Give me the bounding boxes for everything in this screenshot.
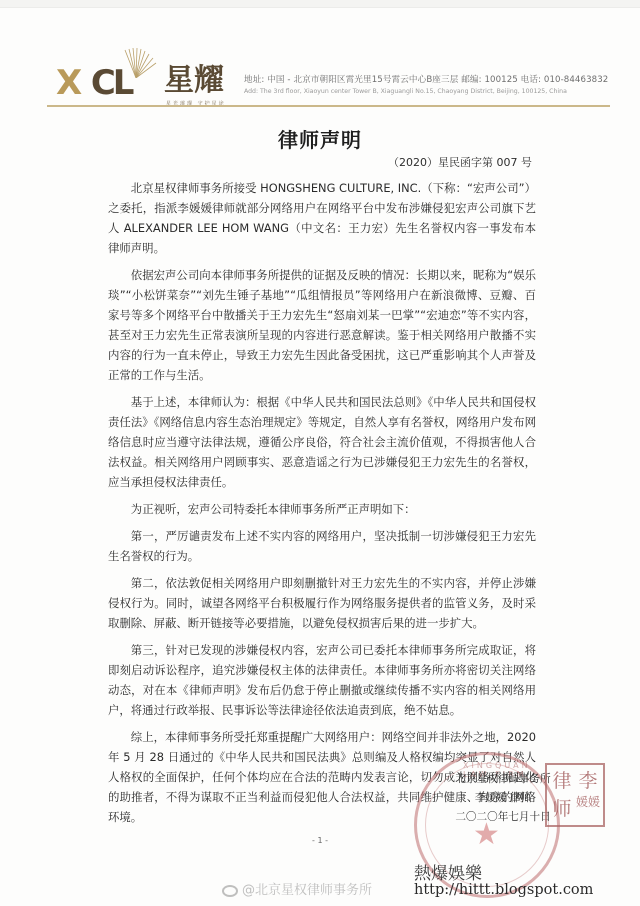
reference-number: （2020）星民函字第 007 号 bbox=[388, 154, 532, 170]
seal-char: 李 bbox=[575, 767, 601, 795]
paragraph-point-three: 第三，针对已发现的涉嫌侵权内容，宏声公司已委托本律师事务所完成取证，将即刻启动诉… bbox=[108, 640, 536, 720]
letterhead: X CL 星耀 星光璀璨 守护星途 地址: 中国 - 北京市朝阳区霄光里15号霄… bbox=[44, 40, 604, 110]
logo-cl-mark: CL bbox=[82, 66, 131, 100]
weibo-icon bbox=[222, 885, 238, 897]
logo-chinese-name: 星耀 bbox=[164, 66, 224, 96]
logo-x-mark: X bbox=[56, 66, 80, 100]
lawyer-square-seal: 李 律 师 媛媛 bbox=[545, 763, 605, 827]
document-page: X CL 星耀 星光璀璨 守护星途 地址: 中国 - 北京市朝阳区霄光里15号霄… bbox=[0, 0, 640, 906]
seal-char: 律 bbox=[549, 767, 575, 795]
paragraph-legal-basis: 基于上述，本律师认为：根据《中华人民共和国民法总则》《中华人民共和国侵权责任法》… bbox=[108, 392, 536, 492]
paragraph-point-two: 第二，依法敦促相关网络用户即刻删撤针对王力宏先生的不实内容，并停止涉嫌侵权行为。… bbox=[108, 573, 536, 633]
signature-firm: 北京星权律师事务所 bbox=[448, 770, 558, 789]
address-chinese: 地址: 中国 - 北京市朝阳区霄光里15号霄云中心B座三层 邮编: 100125… bbox=[244, 73, 614, 85]
blog-watermark-title: 熱爆娛樂 bbox=[414, 859, 482, 884]
paragraph-intro: 北京星权律师事务所接受 HONGSHENG CULTURE, INC.（下称：“… bbox=[108, 178, 536, 258]
signature-lawyer: 李媛媛 律师 bbox=[448, 789, 558, 808]
signature-block: 北京星权律师事务所 李媛媛 律师 二〇二〇年七月十日 bbox=[448, 770, 558, 827]
paragraph-point-one: 第一，严厉谴责发布上述不实内容的网络用户，坚决抵制一切涉嫌侵犯王力宏先生名誉权的… bbox=[108, 526, 536, 566]
paragraph-declaration: 为正视听，宏声公司特委托本律师事务所严正声明如下： bbox=[108, 499, 536, 519]
weibo-handle: @北京星权律师事务所 bbox=[242, 883, 372, 898]
document-title: 律师声明 bbox=[0, 124, 640, 153]
document-body: 北京星权律师事务所接受 HONGSHENG CULTURE, INC.（下称：“… bbox=[108, 178, 536, 834]
blog-watermark-url: http://hittt.blogspot.com bbox=[414, 882, 593, 898]
company-address: 地址: 中国 - 北京市朝阳区霄光里15号霄云中心B座三层 邮编: 100125… bbox=[244, 73, 614, 95]
company-logo: X CL 星耀 星光璀璨 守护星途 bbox=[56, 48, 226, 108]
page-top-edge bbox=[0, 0, 640, 8]
weibo-watermark: @北京星权律师事务所 bbox=[222, 879, 372, 898]
seal-char: 师 bbox=[549, 795, 575, 823]
paragraph-facts: 依据宏声公司向本律师事务所提供的证据及反映的情况：长期以来，昵称为“娱乐琰”“小… bbox=[108, 265, 536, 385]
address-english: Add: The 3rd floor, Xiaoyun center Tower… bbox=[244, 88, 614, 95]
header-divider bbox=[47, 105, 610, 107]
signature-date: 二〇二〇年七月十日 bbox=[448, 808, 558, 827]
seal-char: 媛媛 bbox=[575, 795, 601, 823]
